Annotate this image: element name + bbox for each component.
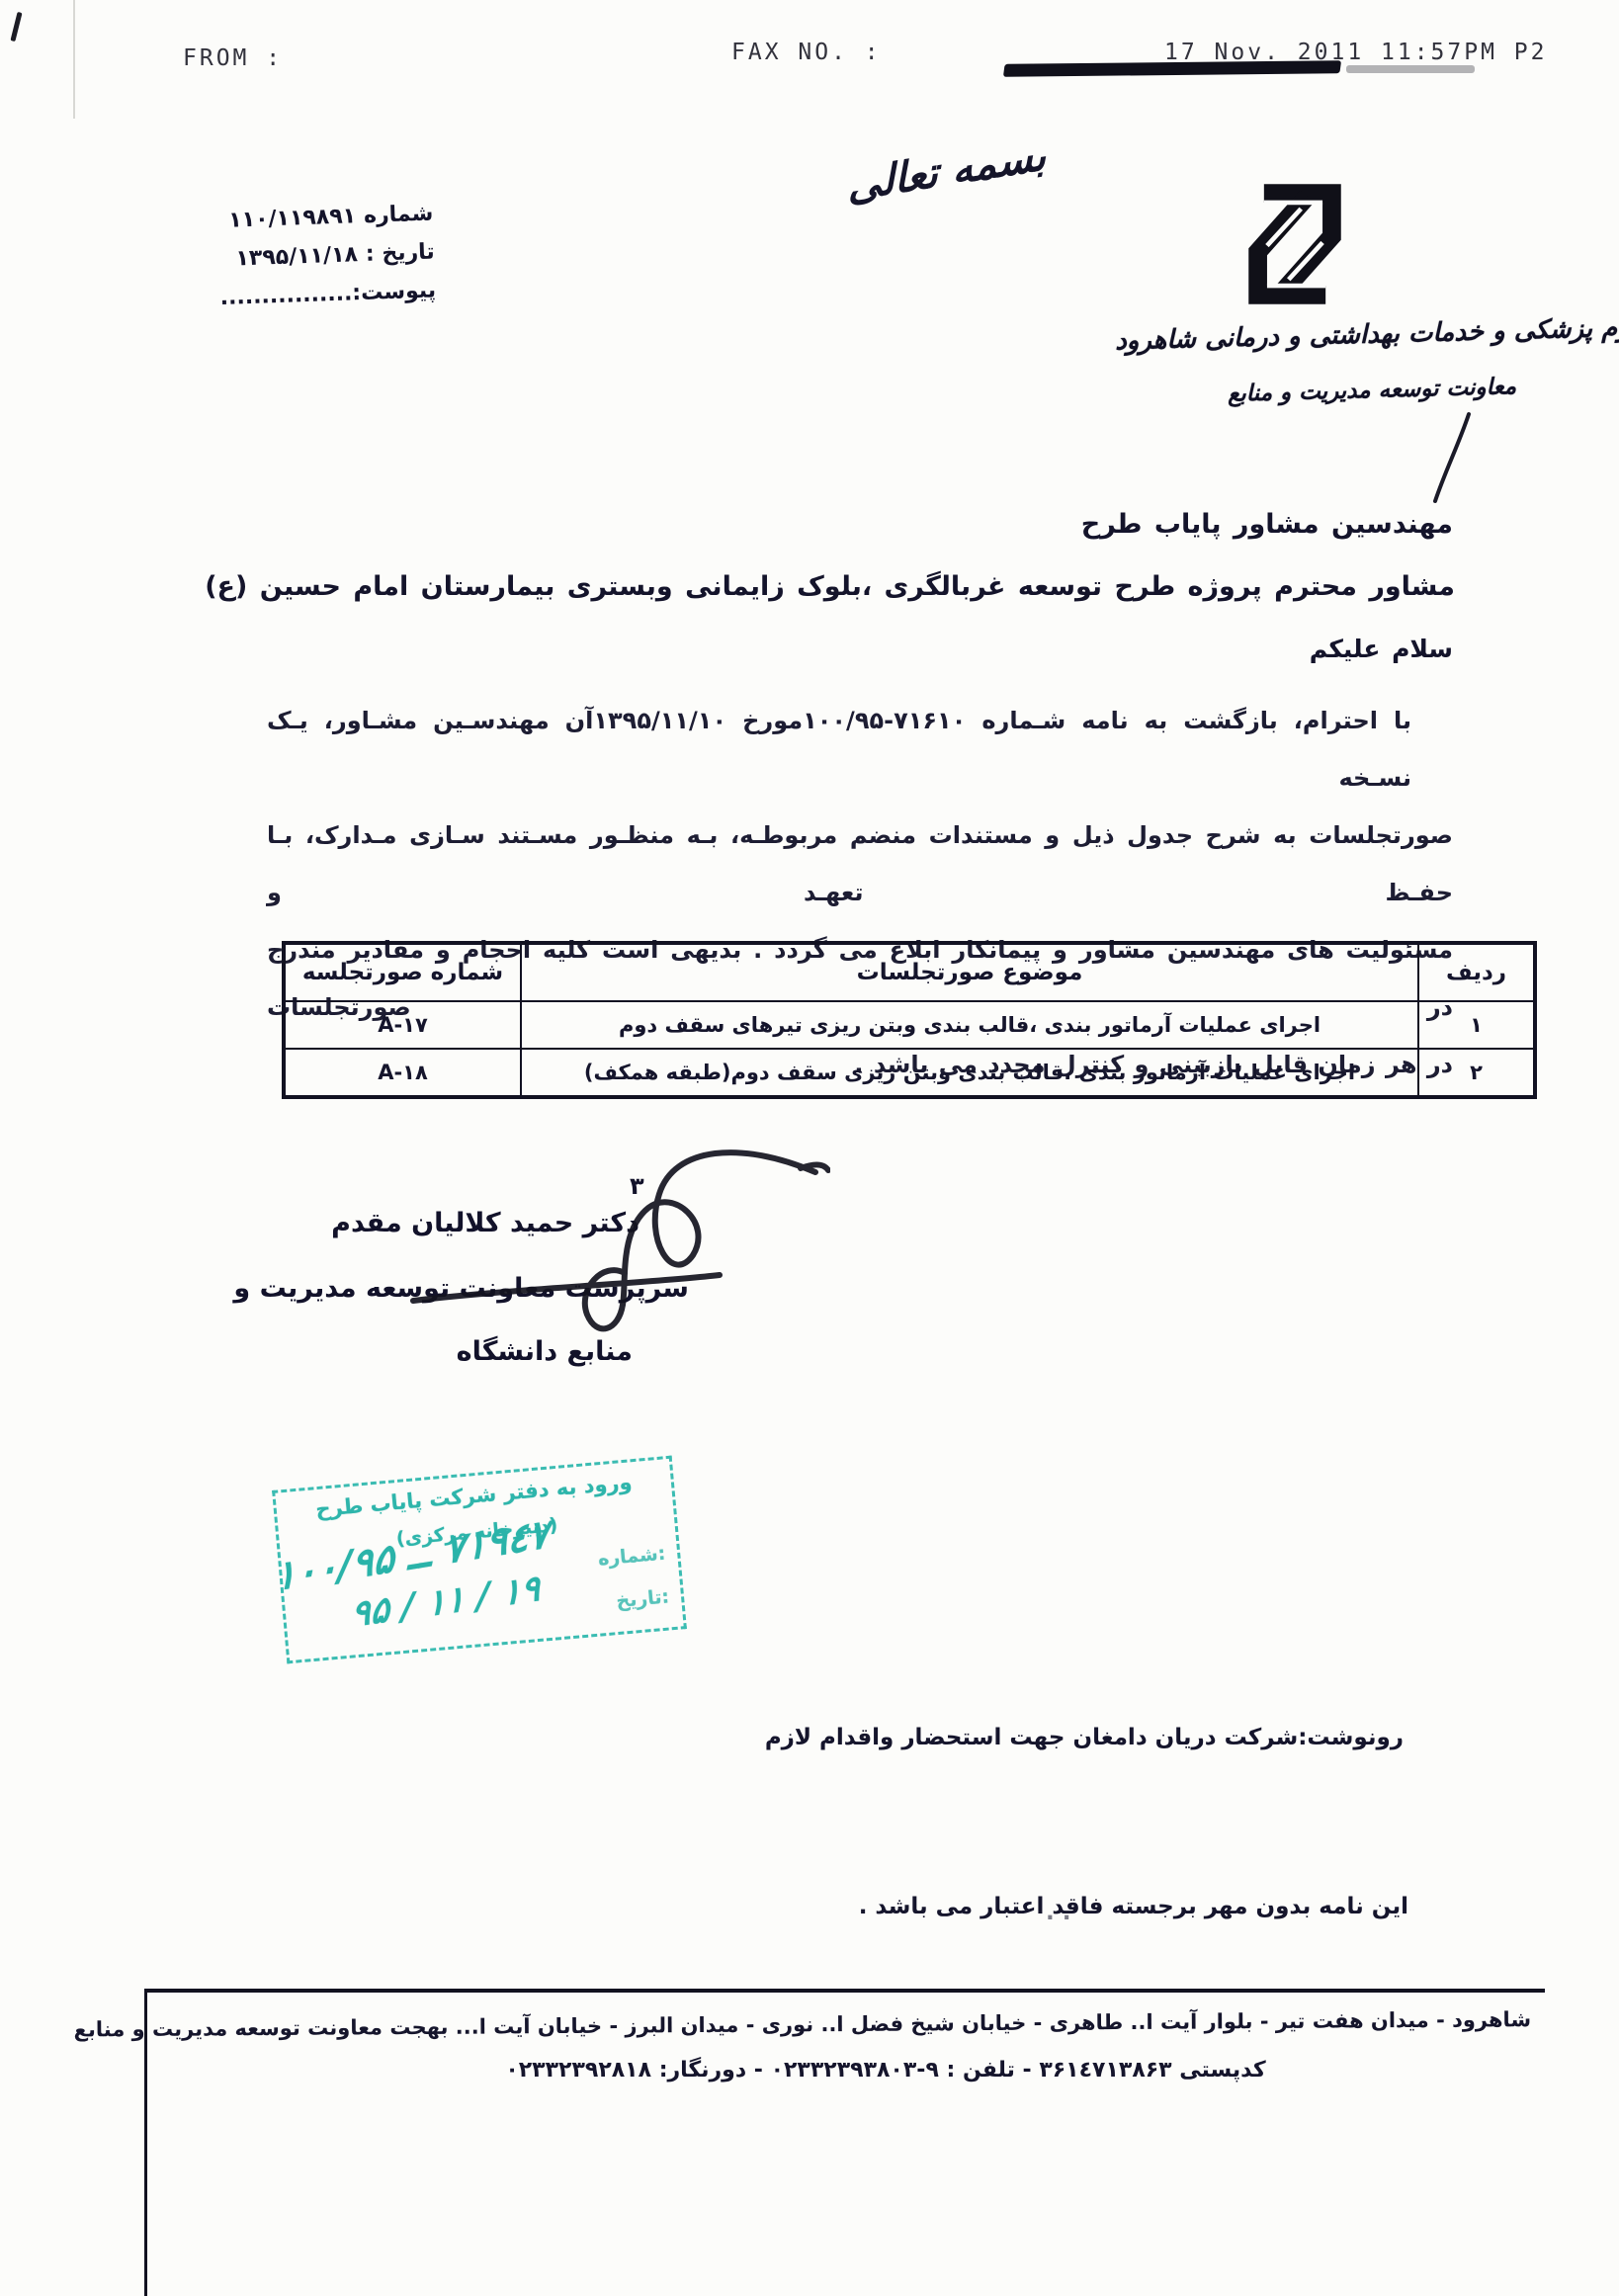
footer-box: شاهرود - میدان هفت تیر - بلوار آیت ا.. ط… — [144, 1989, 1545, 2296]
letter-number-line: شماره۱۱۰/۱۱۹۸۹۱ — [176, 201, 434, 234]
minutes-code: A-۱۷ — [378, 1013, 428, 1037]
university-department: معاونت توسعه مدیریت و منابع — [1228, 374, 1517, 407]
letter-attachment-line: پیوست:................ — [179, 278, 437, 311]
cell-row-no: ۲ — [1418, 1049, 1535, 1097]
fax-from-label: FROM : — [183, 45, 283, 71]
scan-smudge-faint — [1346, 65, 1475, 73]
cell-minutes-no: A-۱۸ — [284, 1049, 521, 1097]
company-entry-stamp: ورود به دفتر شرکت پایاب طرح (دبیرخانه مر… — [272, 1456, 687, 1664]
footer-contact: کدپستی ۳۶۱٤۷۱۳۸۶۳ - تلفن : ۹-۰۲۳۳۲۳۹۳۸۰۳… — [147, 2036, 1545, 2083]
body-line-1: با احترام، بازگشت به نامه شـماره ۷۱۶۱۰-۱… — [267, 692, 1453, 807]
header-subject: موضوع صورتجلسات — [521, 943, 1418, 1001]
letter-number-label: شماره — [364, 201, 434, 227]
recipient-line1: مهندسین مشاور پایاب طرح — [1081, 509, 1453, 540]
stamp-number-label: شماره: — [597, 1543, 666, 1571]
table-row: ۲ اجرای عملیات آرماتور بندی ،قالب بندی و… — [284, 1049, 1535, 1097]
fax-page: FROM : FAX NO. : 17 Nov. 2011 11:57PM P2… — [0, 0, 1619, 2296]
letter-date-line: تاریخ :۱۳۹۵/۱۱/۱۸ — [177, 239, 435, 273]
table-header-row: ردیف موضوع صورتجلسات شماره صورتجلسه — [284, 943, 1535, 1001]
letter-attachment-dots: ................ — [219, 281, 353, 310]
cell-subject: اجرای عملیات آرماتور بندی ،قالب بندی وبت… — [521, 1049, 1418, 1097]
cc-note: رونوشت:شرکت دریان دامغان جهت استحضار واق… — [765, 1725, 1404, 1750]
stray-dots: . . — [1046, 1900, 1070, 1925]
cell-subject: اجرای عملیات آرماتور بندی ،قالب بندی وبت… — [521, 1001, 1418, 1049]
letter-number-value: ۱۱۰/۱۱۹۸۹۱ — [228, 204, 357, 232]
recipient-line2: مشاور محترم پروژه طرح توسعه غربالگری ،بل… — [205, 571, 1455, 602]
header-minutes-no: شماره صورتجلسه — [284, 943, 521, 1001]
salutation: سلام علیکم — [1310, 635, 1453, 663]
pen-slash-mark — [1431, 410, 1475, 505]
signature-scribble — [376, 1135, 830, 1372]
header-row-no: ردیف — [1418, 943, 1535, 1001]
scan-corner-mark — [10, 12, 22, 42]
besmellah-text: بسمه تعالی — [846, 130, 1047, 211]
letter-date-label: تاریخ : — [366, 239, 436, 266]
body-line-2: صورتجلسات به شرح جدول ذیل و مستندات منضم… — [267, 807, 1453, 921]
scan-smudge-bar — [1003, 60, 1341, 77]
scan-edge-line — [73, 0, 75, 119]
table-row: ۱ اجرای عملیات آرماتور بندی ،قالب بندی و… — [284, 1001, 1535, 1049]
cell-row-no: ۱ — [1418, 1001, 1535, 1049]
letter-meta-block: شماره۱۱۰/۱۱۹۸۹۱ تاریخ :۱۳۹۵/۱۱/۱۸ پیوست:… — [176, 201, 437, 325]
cell-minutes-no: A-۱۷ — [284, 1001, 521, 1049]
minutes-code: A-۱۸ — [378, 1061, 428, 1084]
letter-attachment-label: پیوست: — [352, 278, 437, 305]
letter-date-value: ۱۳۹۵/۱۱/۱۸ — [235, 242, 358, 271]
validity-note: این نامه بدون مهر برجسته فاقد اعتبار می … — [859, 1894, 1408, 1919]
minutes-table: ردیف موضوع صورتجلسات شماره صورتجلسه ۱ اج… — [282, 941, 1537, 1099]
fax-number-label: FAX NO. : — [731, 40, 882, 65]
university-logo-icon — [1218, 178, 1372, 310]
footer-address: شاهرود - میدان هفت تیر - بلوار آیت ا.. ط… — [147, 1988, 1545, 2041]
university-name: دانشگاه علوم پزشکی و خدمات بهداشتی و درم… — [1115, 310, 1619, 357]
stamp-date-label: تاریخ: — [616, 1585, 670, 1612]
